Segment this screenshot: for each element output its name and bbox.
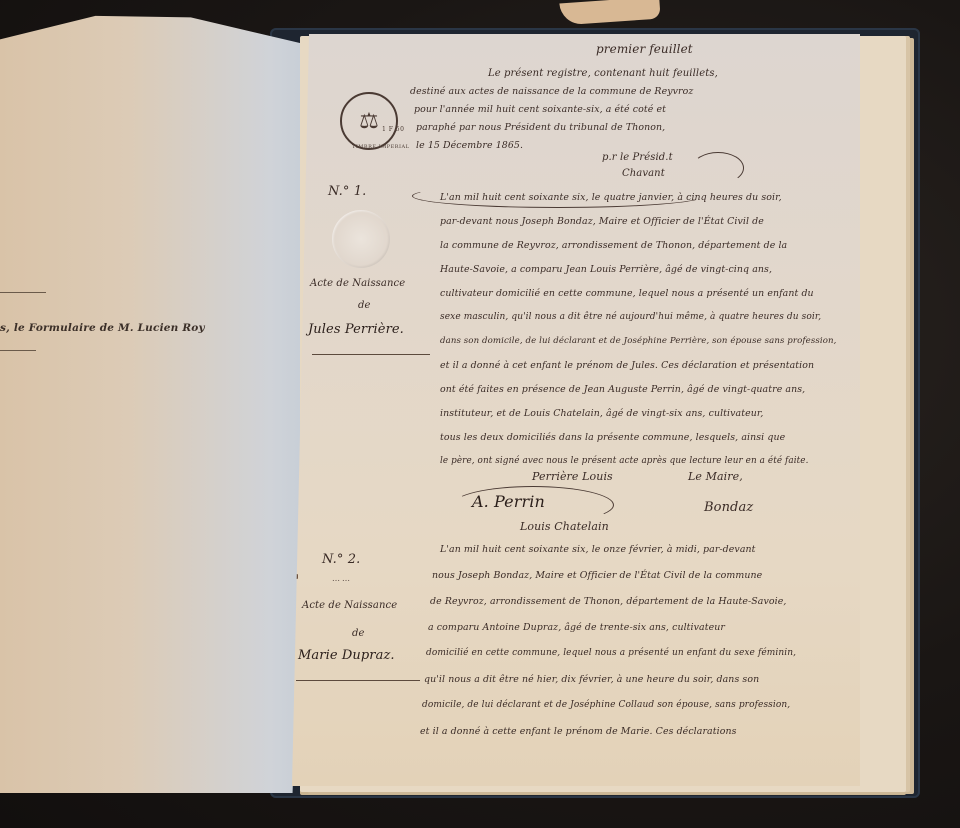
entry-line: dans son domicile, de lui déclarant et d… — [440, 336, 836, 346]
signature-witness-2: Louis Chatelain — [520, 520, 609, 533]
embossed-seal — [332, 210, 390, 268]
divider — [0, 292, 46, 293]
margin-child-name: Jules Perrière. — [308, 322, 404, 337]
preamble-line: paraphé par nous Président du tribunal d… — [416, 122, 665, 133]
printed-caption: s, le Formulaire de M. Lucien Roy — [0, 322, 205, 334]
entry-line: cultivateur domicilié en cette commune, … — [440, 288, 814, 299]
margin-de: de — [358, 300, 371, 311]
entry-line: qu'il nous a dit être né hier, dix févri… — [424, 674, 759, 685]
right-page: premier feuillet ⚖ TIMBRE IMPERIAL 1 F 5… — [292, 34, 860, 786]
entry-line: par-devant nous Joseph Bondaz, Maire et … — [440, 216, 764, 227]
preamble-line: pour l'année mil huit cent soixante-six,… — [414, 104, 666, 115]
signature-flourish — [452, 486, 614, 524]
signature-father: Perrière Louis — [532, 470, 613, 483]
entry-line: L'an mil huit cent soixante six, le onze… — [440, 544, 756, 555]
page-header: premier feuillet — [596, 42, 693, 56]
entry-line: sexe masculin, qu'il nous a dit être né … — [440, 312, 821, 322]
stamp-value: 1 F 50 — [382, 126, 404, 133]
preamble-line: destiné aux actes de naissance de la com… — [410, 86, 693, 97]
entry-line: de Reyvroz, arrondissement de Thonon, dé… — [430, 596, 786, 607]
preamble-line: Le présent registre, contenant huit feui… — [488, 68, 718, 79]
left-page: s, le Formulaire de M. Lucien Roy — [0, 8, 318, 793]
entry-line: instituteur, et de Louis Chatelain, âgé … — [440, 408, 764, 419]
entry-line: la commune de Reyvroz, arrondissement de… — [440, 240, 787, 251]
preamble-line: le 15 Décembre 1865. — [416, 140, 523, 151]
entry-line: domicile, de lui déclarant et de Joséphi… — [422, 700, 790, 710]
preamble-signature-name: Chavant — [622, 168, 665, 179]
entry-line: ont été faites en présence de Jean Augus… — [440, 384, 805, 395]
signature-mayor-title: Le Maire, — [688, 470, 743, 483]
entry-number: N.° 1. — [328, 184, 366, 199]
entry-line: a comparu Antoine Dupraz, âgé de trente-… — [428, 622, 725, 633]
signature-mayor: Bondaz — [704, 500, 753, 515]
signature-flourish — [692, 152, 744, 184]
divider — [0, 350, 36, 351]
imperial-tax-stamp: ⚖ — [340, 92, 398, 150]
margin-title: Acte de Naissance — [310, 278, 405, 289]
margin-de: de — [352, 628, 365, 639]
entry-line: et il a donné à cette enfant le prénom d… — [420, 726, 737, 737]
margin-child-name: Marie Dupraz. — [298, 648, 395, 663]
preamble-signature-title: p.r le Présid.t — [602, 152, 673, 163]
margin-rule — [312, 354, 430, 355]
entry-line: domicilié en cette commune, lequel nous … — [426, 648, 796, 658]
entry-number: N.° 2. — [322, 552, 360, 567]
stamp-label: TIMBRE IMPERIAL — [352, 144, 409, 150]
justice-figure-icon: ⚖ — [359, 109, 379, 134]
margin-dots: …… — [332, 574, 352, 583]
entry-line: et il a donné à cet enfant le prénom de … — [440, 360, 814, 371]
entry-line: le père, ont signé avec nous le présent … — [440, 456, 808, 466]
entry-line: tous les deux domiciliés dans la présent… — [440, 432, 785, 443]
margin-title: Acte de Naissance — [302, 600, 397, 611]
entry-line: nous Joseph Bondaz, Maire et Officier de… — [432, 570, 762, 581]
entry-line: Haute-Savoie, a comparu Jean Louis Perri… — [440, 264, 772, 275]
entry-line: L'an mil huit cent soixante six, le quat… — [440, 192, 782, 203]
margin-rule — [296, 680, 420, 681]
